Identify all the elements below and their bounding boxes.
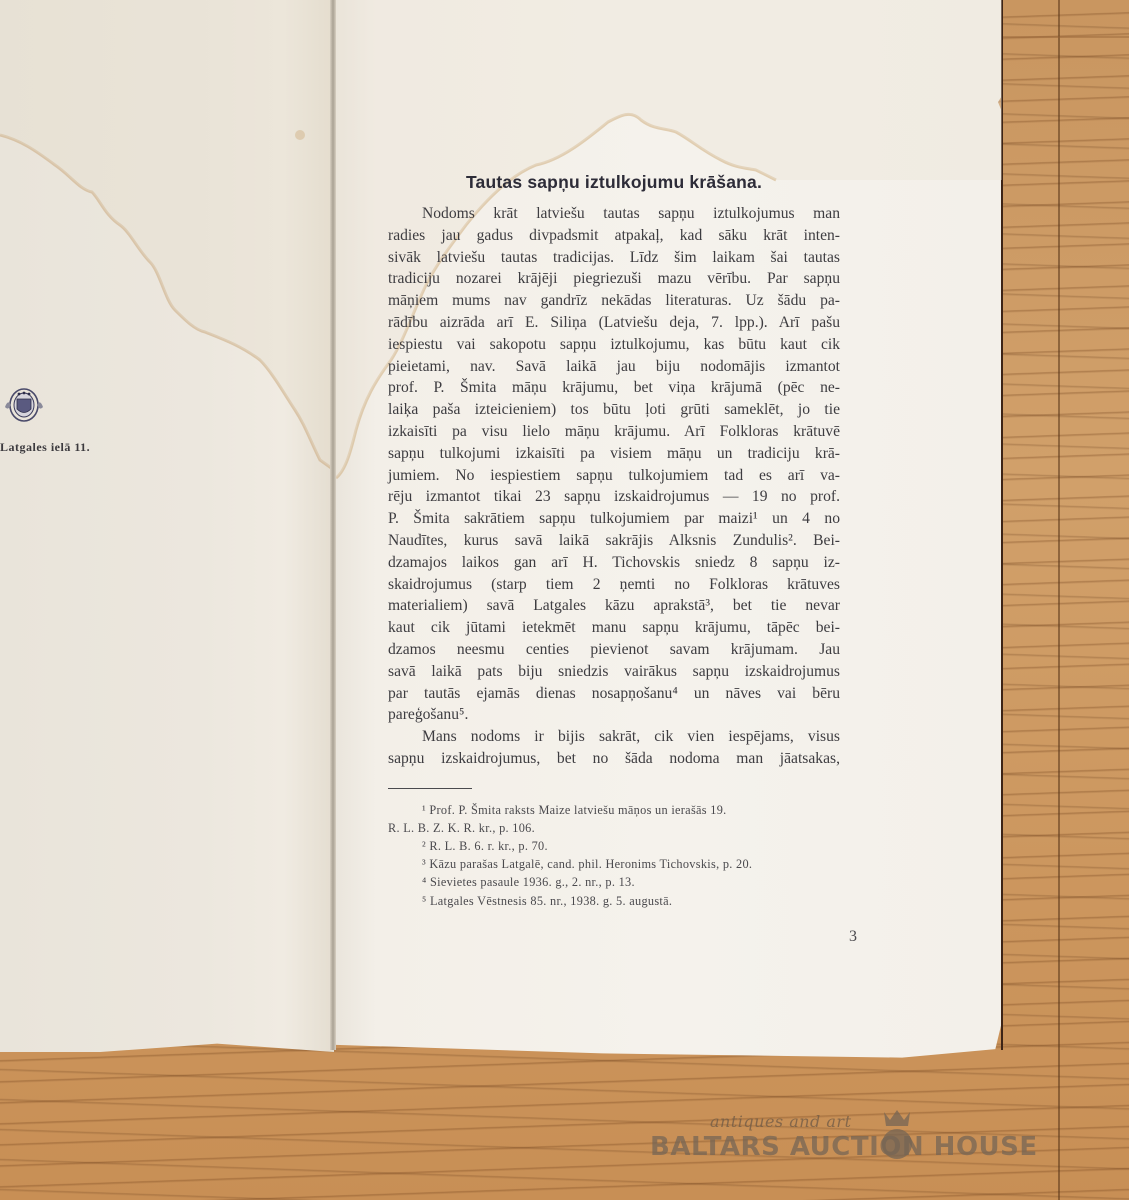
table-seam-horizontal [1000,36,1129,38]
body-line: dzamos neesmu centies pievienot savam kr… [388,639,840,661]
footnotes: ¹ Prof. P. Šmita raksts Maize latviešu m… [388,801,840,910]
footnote-line: R. L. B. Z. K. R. kr., p. 106. [388,819,840,837]
body-line: sapņu tulkojumi izkaisīti pa visiem māņu… [388,443,840,465]
body-line: prof. P. Šmita māņu krājumu, bet viņa kr… [388,377,840,399]
body-line: pareģošanu⁵. [388,704,840,726]
footnote-divider [388,788,472,789]
coat-of-arms-icon [2,385,46,425]
body-line: Nodoms krāt latviešu tautas sapņu iztulk… [388,203,840,225]
body-line: sivāk latviešu tautas tradicijas. Līdz š… [388,247,840,269]
body-line: jumiem. No iespiestiem sapņu tulkojumiem… [388,465,840,487]
body-line: Mans nodoms ir bijis sakrāt, cik vien ie… [388,726,840,748]
body-line: rēju izmantot tikai 23 sapņu izskaidroju… [388,486,840,508]
article: Tautas sapņu iztulkojumu krāšana. Nodoms… [388,172,840,910]
article-title: Tautas sapņu iztulkojumu krāšana. [388,172,840,193]
body-line: P. Šmita sakrātiem sapņu tulkojumiem par… [388,508,840,530]
right-page-edge [1001,0,1003,1050]
body-line: radies jau gadus divpadsmit atpakaļ, kad… [388,225,840,247]
table-seam [1058,0,1060,1200]
book-gutter [330,0,336,1050]
footnote-line: ¹ Prof. P. Šmita raksts Maize latviešu m… [388,801,840,819]
page-number: 3 [849,928,857,946]
body-line: pieietami, nav. Savā laikā jau biju nodo… [388,356,840,378]
footnote-line: ⁵ Latgales Vēstnesis 85. nr., 1938. g. 5… [388,892,840,910]
left-page [0,0,334,1052]
body-line: laiķa paša izteicieniem) tos būtu ļoti g… [388,399,840,421]
body-line: sapņu izskaidrojumus, bet no šāda nodoma… [388,748,840,770]
body-line: rādību aizrāda arī E. Siliņa (Latviešu d… [388,312,840,334]
body-line: Naudītes, kurus savā laikā sakrājis Alks… [388,530,840,552]
footnote-line: ⁴ Sievietes pasaule 1936. g., 2. nr., p.… [388,873,840,891]
body-line: kaut cik jūtami ietekmēt manu sapņu krāj… [388,617,840,639]
body-line: par tautās ejamās dienas nosapņošanu⁴ un… [388,683,840,705]
body-line: izkaisīti pa visu lielo māņu krājumu. Ar… [388,421,840,443]
body-line: dzamajos laikos gan arī H. Tichovskis sn… [388,552,840,574]
body-line: savā laikā pats biju sniedzis vairākus s… [388,661,840,683]
footnote-line: ³ Kāzu parašas Latgalē, cand. phil. Hero… [388,855,840,873]
body-line: māņiem mums nav gandrīz nekādas literatu… [388,290,840,312]
article-body: Nodoms krāt latviešu tautas sapņu iztulk… [388,203,840,770]
left-page-address-text: Latgales ielā 11. [0,440,90,455]
footnote-line: ² R. L. B. 6. r. kr., p. 70. [388,837,840,855]
body-line: tradiciju nozarei krājēji piegriezuši ma… [388,268,840,290]
body-line: materialiem) savā Latgales kāzu aprakstā… [388,595,840,617]
body-line: iespiestu vai sakopotu sapņu iztulkojumu… [388,334,840,356]
body-line: skaidrojumus (starp tiem 2 ņemti no Folk… [388,574,840,596]
